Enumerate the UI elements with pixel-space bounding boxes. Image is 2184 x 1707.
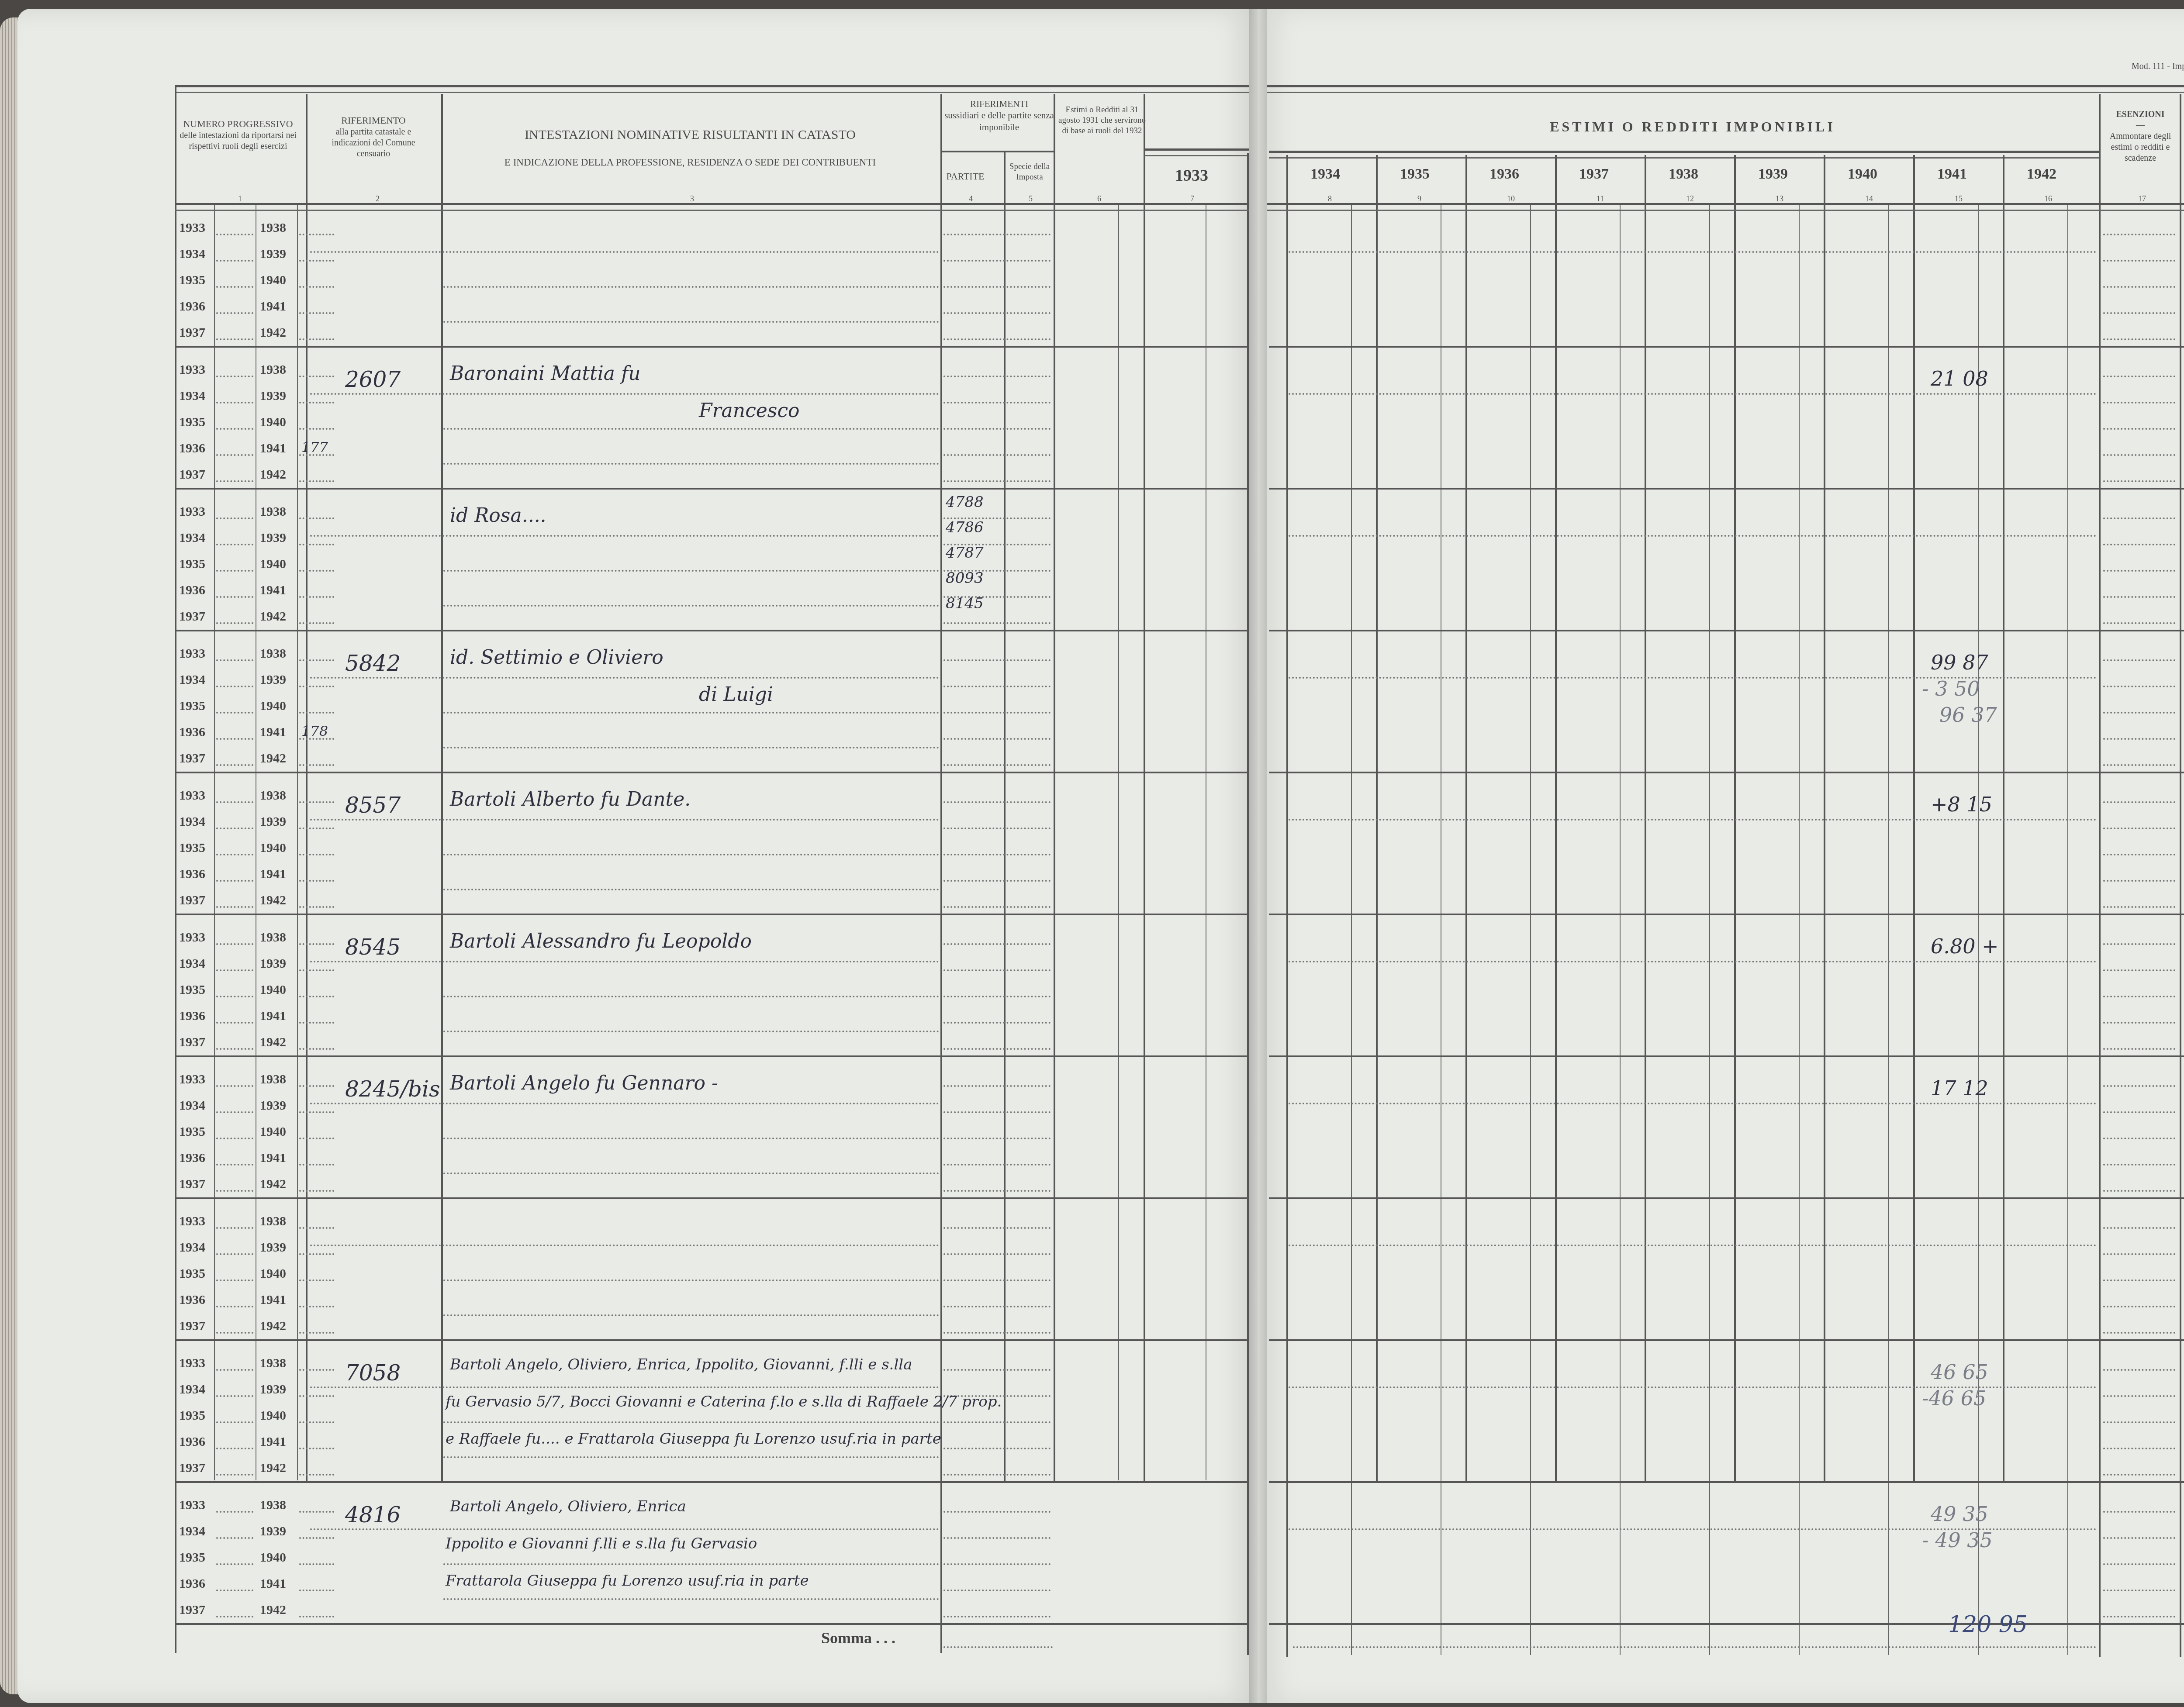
sub-divider [1118, 205, 1119, 1480]
partite-line [943, 454, 1051, 456]
entry-line [216, 1138, 253, 1139]
entry-line [216, 480, 253, 482]
header-estimi-1931: Estimi o Redditi al 31 agosto 1931 che s… [1056, 105, 1148, 136]
value-line [1289, 961, 2097, 962]
year-label: 1936 [179, 867, 205, 882]
entry-line [216, 738, 253, 740]
year-label: 1940 [260, 699, 286, 714]
entry-line [216, 854, 253, 855]
entry-line [216, 828, 253, 829]
entry-line [216, 312, 253, 314]
col-divider [306, 94, 308, 1483]
esenzioni-line [2103, 712, 2175, 714]
header-subtitle: alla partita catastale e indicazioni del… [308, 127, 439, 159]
entry-line [299, 712, 334, 714]
year-label: 1938 [260, 1356, 286, 1371]
partite-line [943, 1227, 1051, 1229]
esenzioni-line [2103, 1395, 2175, 1397]
year-label: 1937 [179, 751, 205, 766]
col-divider [1054, 94, 1055, 1483]
entry-line [216, 764, 253, 766]
header-specie-imposta: Specie della Imposta [1006, 162, 1054, 183]
header-dash: — [2101, 120, 2180, 131]
entry-line [216, 686, 253, 687]
partite-line [943, 1511, 1051, 1513]
entry-line [299, 1022, 334, 1024]
entry-line [299, 1085, 334, 1087]
entry-line [216, 1022, 253, 1024]
esenzioni-line [2103, 686, 2175, 687]
year-label: 1938 [260, 788, 286, 803]
owner-name-line: Bartoli Angelo, Oliviero, Enrica, Ippoli… [450, 1356, 912, 1373]
partite-line [943, 906, 1051, 908]
name-line [310, 819, 939, 821]
entry-line [216, 1537, 253, 1539]
entry-separator [1269, 772, 2184, 773]
entry-line [299, 1590, 334, 1591]
entry-line [299, 338, 334, 340]
header-year-1933: 1933 [1175, 166, 1208, 185]
header-riferimento: RIFERIMENTO alla partita catastale e ind… [308, 114, 439, 159]
esenzioni-line [2103, 1279, 2175, 1281]
year-label: 1934 [179, 389, 205, 403]
year-label: 1933 [179, 221, 205, 235]
esenzioni-line [2103, 801, 2175, 803]
entry-line [299, 880, 334, 882]
entry-line [299, 1448, 334, 1449]
year-label: 1940 [260, 1550, 286, 1565]
column-number: 9 [1417, 194, 1421, 203]
year-label: 1934 [179, 1524, 205, 1539]
esenzioni-line [2103, 1306, 2175, 1307]
entry-line [299, 234, 334, 235]
year-label: 1942 [260, 893, 286, 908]
entry-line [216, 969, 253, 971]
owner-name-line: Frattarola Giuseppa fu Lorenzo usuf.ria … [446, 1572, 809, 1590]
year-label: 1936 [179, 441, 205, 456]
column-number: 12 [1686, 194, 1694, 203]
sum-label: Somma . . . [821, 1629, 895, 1647]
year-label: 1935 [179, 1124, 205, 1139]
entry-line [216, 712, 253, 714]
year-label: 1934 [179, 814, 205, 829]
name-line [443, 996, 939, 997]
year-label: 1934 [179, 1382, 205, 1397]
partite-line [943, 764, 1051, 766]
entry-line [216, 454, 253, 456]
partita-reference: 5842 [345, 651, 401, 676]
col-divider [441, 94, 443, 1483]
entry-line [216, 376, 253, 377]
col-divider [1144, 94, 1145, 1483]
value-1941: 49 35 [1931, 1502, 1988, 1526]
entry-line [216, 1616, 253, 1617]
entry-line [299, 828, 334, 829]
year-label: 1933 [179, 1356, 205, 1371]
year-label: 1940 [260, 1124, 286, 1139]
year-label: 1938 [260, 1072, 286, 1087]
entry-separator [1269, 1623, 2184, 1625]
column-number: 11 [1597, 194, 1604, 203]
col-divider [1247, 153, 1249, 1655]
name-line [310, 1386, 939, 1388]
owner-name-line: Bartoli Alessandro fu Leopoldo [450, 930, 752, 952]
value-1941: 99 87 [1931, 651, 1988, 674]
entry-line [299, 1369, 334, 1371]
name-line [443, 286, 939, 288]
sub-divider [1206, 205, 1206, 1480]
entry-line [216, 1279, 253, 1281]
header-year-1939: 1939 [1758, 166, 1788, 183]
value-1941: +8 15 [1931, 793, 1992, 816]
entry-line [216, 1369, 253, 1371]
column-number: 4 [969, 194, 973, 203]
year-label: 1940 [260, 983, 286, 997]
partite-line [943, 312, 1051, 314]
header-divider [1144, 148, 1249, 156]
owner-name-line: Bartoli Angelo, Oliviero, Enrica [450, 1498, 686, 1515]
name-line [443, 747, 939, 748]
partite-line [943, 854, 1051, 855]
esenzioni-line [2103, 1369, 2175, 1371]
entry-line [299, 1048, 334, 1050]
entry-line [299, 286, 334, 288]
partite-line [943, 686, 1051, 687]
partite-line [943, 1537, 1051, 1539]
partita-number: 4786 [946, 519, 984, 536]
year-label: 1941 [260, 583, 286, 598]
name-line [443, 1031, 939, 1032]
partite-line [943, 738, 1051, 740]
name-line [443, 428, 939, 430]
header-year-1941: 1941 [1937, 166, 1967, 183]
entry-line [216, 570, 253, 572]
header-year-1937: 1937 [1579, 166, 1609, 183]
partita-number: 8093 [946, 569, 984, 587]
entry-line [299, 1164, 334, 1166]
name-line [443, 1563, 939, 1565]
entry-line [216, 234, 253, 235]
partite-line [943, 943, 1051, 945]
partite-line [943, 1085, 1051, 1087]
name-line [443, 1598, 939, 1600]
col-divider [1004, 151, 1006, 1483]
entry-line [216, 1332, 253, 1334]
year-label: 1938 [260, 646, 286, 661]
name-line [443, 854, 939, 855]
year-label: 1941 [260, 867, 286, 882]
entry-line [216, 338, 253, 340]
partite-line [943, 1332, 1051, 1334]
year-label: 1939 [260, 1382, 286, 1397]
esenzioni-line [2103, 517, 2175, 519]
year-label: 1939 [260, 1524, 286, 1539]
year-label: 1936 [179, 725, 205, 740]
partite-line [943, 712, 1051, 714]
name-line [443, 570, 939, 572]
entry-line [299, 260, 334, 262]
value-line [1289, 251, 2097, 253]
esenzioni-line [2103, 738, 2175, 740]
year-label: 1940 [260, 273, 286, 288]
entry-separator [175, 1339, 1249, 1341]
entry-separator [175, 1055, 1249, 1057]
entry-line [299, 1395, 334, 1397]
year-label: 1938 [260, 221, 286, 235]
esenzioni-line [2103, 1085, 2175, 1087]
owner-name-line: Baronaini Mattia fu [450, 362, 641, 385]
entry-line [299, 1421, 334, 1423]
entry-line [216, 1511, 253, 1513]
partite-line [943, 338, 1051, 340]
esenzioni-line [2103, 622, 2175, 624]
entry-line [216, 1253, 253, 1255]
year-label: 1937 [179, 1319, 205, 1334]
esenzioni-line [2103, 1421, 2175, 1423]
year-label: 1939 [260, 531, 286, 545]
year-label: 1933 [179, 646, 205, 661]
column-number: 10 [1507, 194, 1515, 203]
year-label: 1936 [179, 299, 205, 314]
entry-line [216, 622, 253, 624]
header-subtitle: Ammontare degli estimi o redditi e scade… [2101, 131, 2180, 164]
year-label: 1935 [179, 415, 205, 430]
sub-divider [1978, 205, 1979, 1655]
header-year-1938: 1938 [1669, 166, 1698, 183]
column-number: 8 [1328, 194, 1332, 203]
year-label: 1940 [260, 841, 286, 855]
esenzioni-line [2103, 969, 2175, 971]
esenzioni-line [2103, 260, 2175, 262]
year-label: 1933 [179, 930, 205, 945]
esenzioni-line [2103, 764, 2175, 766]
owner-name-line: id. Settimio e Oliviero [450, 646, 663, 669]
entry-line [216, 1448, 253, 1449]
owner-name-line: e Raffaele fu.... e Frattarola Giuseppa … [446, 1430, 941, 1448]
esenzioni-line [2103, 1511, 2175, 1513]
header-year-1942: 1942 [2027, 166, 2056, 183]
column-number: 6 [1097, 194, 1101, 203]
year-label: 1935 [179, 557, 205, 572]
sub-divider [256, 205, 256, 1480]
year-label: 1934 [179, 247, 205, 262]
name-line [443, 1456, 939, 1458]
entry-separator [175, 1197, 1249, 1199]
entry-line [299, 1511, 334, 1513]
year-label: 1936 [179, 1435, 205, 1449]
entry-line [299, 764, 334, 766]
partite-line [943, 996, 1051, 997]
value-line [1289, 1245, 2097, 1246]
column-number: 5 [1029, 194, 1033, 203]
entry-line [216, 1048, 253, 1050]
partite-line [943, 1616, 1051, 1617]
header-year-1936: 1936 [1489, 166, 1519, 183]
year-label: 1942 [260, 1319, 286, 1334]
year-label: 1942 [260, 1603, 286, 1617]
owner-name-line: fu Gervasio 5/7, Bocci Giovanni e Cateri… [446, 1393, 1002, 1410]
sub-divider [1530, 205, 1531, 1655]
partite-line [943, 1448, 1051, 1449]
year-label: 1936 [179, 1576, 205, 1591]
column-number: 1 [238, 194, 242, 203]
partite-line [943, 969, 1051, 971]
form-code: Mod. 111 - Imposte Dirette (Intercalare)… [2132, 61, 2184, 72]
year-label: 1942 [260, 1177, 286, 1192]
entry-line [299, 854, 334, 855]
col-divider [1286, 155, 1288, 1657]
column-number: 3 [690, 194, 694, 203]
column-number: 13 [1776, 194, 1783, 203]
entry-line [216, 517, 253, 519]
partite-line [943, 1306, 1051, 1307]
partita-reference: 4816 [345, 1502, 401, 1528]
owner-name-line: id Rosa.... [450, 504, 546, 527]
year-label: 1933 [179, 788, 205, 803]
esenzioni-line [2103, 943, 2175, 945]
header-partite: PARTITE [943, 170, 987, 183]
header-year-1934: 1934 [1310, 166, 1340, 183]
esenzioni-line [2103, 480, 2175, 482]
value-1941: 46 65 [1931, 1360, 1988, 1384]
year-label: 1935 [179, 1266, 205, 1281]
entry-separator [175, 630, 1249, 631]
owner-name-line: Bartoli Alberto fu Dante. [450, 788, 691, 810]
esenzioni-line [2103, 286, 2175, 288]
entry-line [299, 402, 334, 403]
sub-divider [1799, 205, 1800, 1655]
owner-name-line: Ippolito e Giovanni f.lli e s.lla fu Ger… [446, 1535, 757, 1552]
col-divider [2099, 94, 2101, 1657]
partite-line [943, 1022, 1051, 1024]
esenzioni-line [2103, 1253, 2175, 1255]
owner-name-line: di Luigi [699, 683, 773, 706]
name-line [310, 251, 939, 253]
sub-divider [1620, 205, 1621, 1655]
esenzioni-line [2103, 338, 2175, 340]
header-year-1935: 1935 [1400, 166, 1430, 183]
year-label: 1933 [179, 1072, 205, 1087]
year-label: 1941 [260, 299, 286, 314]
year-label: 1934 [179, 956, 205, 971]
entry-line [299, 596, 334, 598]
value-1941: 21 08 [1931, 367, 1988, 390]
year-label: 1937 [179, 325, 205, 340]
entry-line [299, 1253, 334, 1255]
sum-line [943, 1646, 1053, 1648]
header-riferimenti-sussidiari: RIFERIMENTI sussidiari e delle partite s… [943, 98, 1055, 133]
year-label: 1942 [260, 467, 286, 482]
year-label: 1940 [260, 1266, 286, 1281]
year-label: 1941 [260, 1293, 286, 1307]
esenzioni-line [2103, 570, 2175, 572]
partite-line [943, 1253, 1051, 1255]
entry-line [216, 996, 253, 997]
partita-number: 8145 [946, 595, 984, 612]
header-year-1940: 1940 [1848, 166, 1877, 183]
year-label: 1942 [260, 1035, 286, 1050]
entry-line [216, 1590, 253, 1591]
entry-separator [1269, 488, 2184, 490]
partite-line [943, 1138, 1051, 1139]
entry-line [299, 428, 334, 430]
year-label: 1942 [260, 751, 286, 766]
year-label: 1942 [260, 1461, 286, 1476]
entry-line [299, 1111, 334, 1113]
year-label: 1941 [260, 1435, 286, 1449]
partite-line [943, 1164, 1051, 1166]
entry-line [299, 570, 334, 572]
entry-line [299, 312, 334, 314]
partita-reference: 8245/bis [345, 1076, 440, 1102]
year-label: 1933 [179, 1214, 205, 1229]
entry-line [299, 1474, 334, 1476]
value-1941-adjustment: - 3 50 [1922, 677, 1980, 700]
year-label: 1941 [260, 441, 286, 456]
esenzioni-line [2103, 428, 2175, 430]
entry-line [299, 801, 334, 803]
year-label: 1933 [179, 1498, 205, 1513]
partite-line [943, 480, 1051, 482]
year-label: 1937 [179, 467, 205, 482]
esenzioni-line [2103, 1022, 2175, 1024]
right-table-top-border [1267, 85, 2184, 93]
partite-line [943, 659, 1051, 661]
column-number: 14 [1865, 194, 1873, 203]
year-label: 1935 [179, 699, 205, 714]
partite-line [943, 880, 1051, 882]
entry-line [216, 1306, 253, 1307]
name-line [310, 961, 939, 962]
header-numero-progressivo: NUMERO PROGRESSIVO delle intestazioni da… [177, 118, 299, 152]
value-1941-adjustment: -46 65 [1922, 1386, 1986, 1410]
name-line [310, 535, 939, 537]
year-label: 1941 [260, 725, 286, 740]
esenzioni-line [2103, 1138, 2175, 1139]
sub-divider [1888, 205, 1889, 1655]
entry-line [299, 544, 334, 545]
esenzioni-line [2103, 1190, 2175, 1192]
header-subtitle: E INDICAZIONE DELLA PROFESSIONE, RESIDEN… [443, 156, 937, 169]
esenzioni-line [2103, 376, 2175, 377]
entry-line [299, 1306, 334, 1307]
name-line [310, 1103, 939, 1104]
entry-separator [1269, 1197, 2184, 1199]
year-label: 1937 [179, 1461, 205, 1476]
right-page [1258, 9, 2184, 1703]
esenzioni-line [2103, 1616, 2175, 1617]
entry-line [216, 596, 253, 598]
year-label: 1937 [179, 1603, 205, 1617]
entry-separator [1269, 1481, 2184, 1483]
name-line [310, 1245, 939, 1246]
year-label: 1934 [179, 531, 205, 545]
col-divider [940, 94, 942, 1653]
header-divider [1269, 151, 2099, 159]
esenzioni-line [2103, 402, 2175, 403]
sub-divider [1709, 205, 1710, 1655]
entry-separator [1269, 914, 2184, 915]
progressive-number: 178 [301, 723, 328, 739]
entry-line [299, 1279, 334, 1281]
column-number: 16 [2044, 194, 2052, 203]
partite-line [943, 1190, 1051, 1192]
name-line [443, 1172, 939, 1174]
column-number: 2 [376, 194, 380, 203]
header-esenzioni: ESENZIONI — Ammontare degli estimi o red… [2101, 109, 2180, 164]
sum-line [1293, 1646, 2097, 1648]
entry-line [299, 659, 334, 661]
